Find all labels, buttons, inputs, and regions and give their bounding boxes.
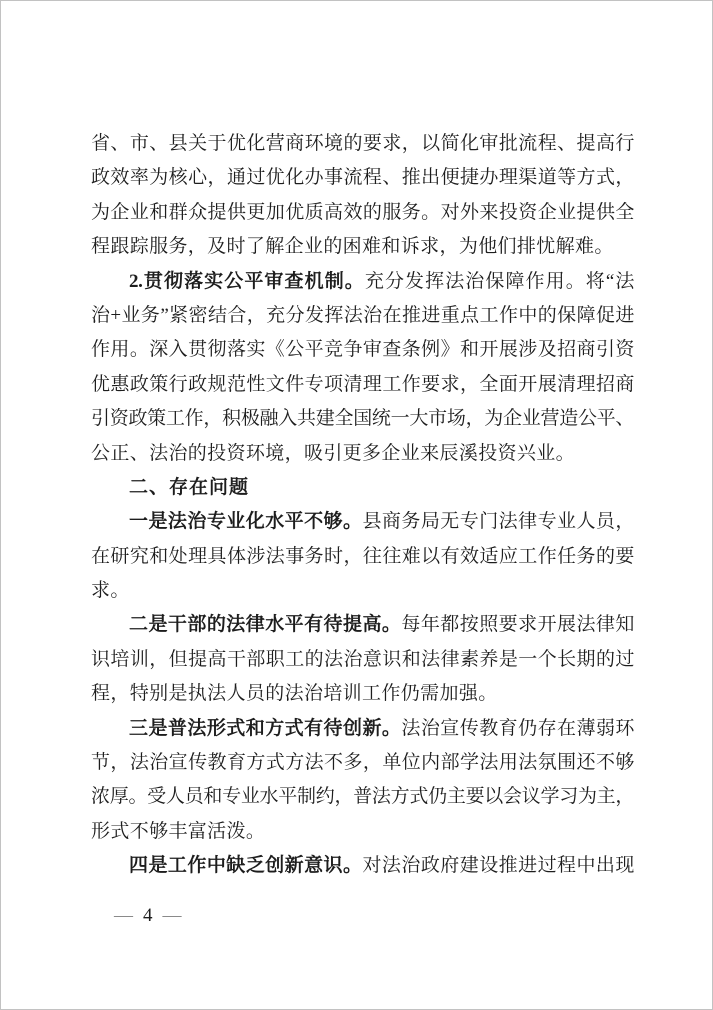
text-line: 二、存在问题 xyxy=(91,471,634,505)
bold-lead-text: 二是干部的法律水平有待提高。 xyxy=(129,614,401,635)
text-line: 引资政策工作，积极融入共建全国统一大市场，为企业营造公平、 xyxy=(91,402,634,436)
bold-lead-text: 2.贯彻落实公平审查机制。 xyxy=(129,271,365,292)
para-problem-3-law-popularization: 三是普法形式和方式有待创新。法治宣传教育仍存在薄弱环节，法治宣传教育方式方法不多… xyxy=(91,712,634,850)
text-line: 浓厚。受人员和专业水平制约，普法方式仍主要以会议学习为主， xyxy=(91,780,634,814)
footer-dash-left: — xyxy=(114,905,133,926)
text-line: 求。 xyxy=(91,574,634,608)
body-text: 为企业和群众提供更加优质高效的服务。对外来投资企业提供全 xyxy=(91,202,634,223)
document-body: 省、市、县关于优化营商环境的要求，以简化审批流程、提高行政效率为核心，通过优化办… xyxy=(91,127,634,884)
bold-lead-text: 一是法治专业化水平不够。 xyxy=(129,511,362,532)
para-problem-4-innovation: 四是工作中缺乏创新意识。对法治政府建设推进过程中出现 xyxy=(91,849,634,883)
body-text: 浓厚。受人员和专业水平制约，普法方式仍主要以会议学习为主， xyxy=(91,786,634,807)
body-text: 省、市、县关于优化营商环境的要求，以简化审批流程、提高行 xyxy=(91,133,634,154)
body-text: 程跟踪服务，及时了解企业的困难和诉求，为他们排忧解难。 xyxy=(91,236,614,257)
page-footer: —4— xyxy=(114,899,182,933)
text-line: 节，法治宣传教育方式方法不多，单位内部学法用法氛围还不够 xyxy=(91,746,634,780)
body-text: 每年都按照要求开展法律知 xyxy=(401,614,634,635)
para-problem-2-cadre-legal-level: 二是干部的法律水平有待提高。每年都按照要求开展法律知识培训，但提高干部职工的法治… xyxy=(91,608,634,711)
body-text: 二、存在问题 xyxy=(129,477,249,498)
body-text: 求。 xyxy=(91,580,130,601)
body-text: 法治宣传教育仍存在薄弱环 xyxy=(401,718,634,739)
body-text: 引资政策工作，积极融入共建全国统一大市场，为企业营造公平、 xyxy=(91,408,634,429)
text-line: 程，特别是执法人员的法治培训工作仍需加强。 xyxy=(91,677,634,711)
body-text: 对法治政府建设推进过程中出现 xyxy=(362,855,634,876)
body-text: 形式不够丰富活泼。 xyxy=(91,821,265,842)
body-text: 充分发挥法治保障作用。将“法 xyxy=(365,271,634,292)
text-line: 在研究和处理具体涉法事务时，往往难以有效适应工作任务的要 xyxy=(91,540,634,574)
para-problem-1-professionalism: 一是法治专业化水平不够。县商务局无专门法律专业人员，在研究和处理具体涉法事务时，… xyxy=(91,505,634,608)
body-text: 程，特别是执法人员的法治培训工作仍需加强。 xyxy=(91,683,498,704)
text-line: 2.贯彻落实公平审查机制。充分发挥法治保障作用。将“法 xyxy=(91,265,634,299)
text-line: 公正、法治的投资环境，吸引更多企业来辰溪投资兴业。 xyxy=(91,437,634,471)
text-line: 三是普法形式和方式有待创新。法治宣传教育仍存在薄弱环 xyxy=(91,712,634,746)
text-line: 为企业和群众提供更加优质高效的服务。对外来投资企业提供全 xyxy=(91,196,634,230)
body-text: 识培训，但提高干部职工的法治意识和法律素养是一个长期的过 xyxy=(91,649,634,670)
text-line: 程跟踪服务，及时了解企业的困难和诉求，为他们排忧解难。 xyxy=(91,230,634,264)
heading-section-2-problems: 二、存在问题 xyxy=(91,471,634,505)
document-page: 省、市、县关于优化营商环境的要求，以简化审批流程、提高行政效率为核心，通过优化办… xyxy=(0,0,713,1010)
text-line: 省、市、县关于优化营商环境的要求，以简化审批流程、提高行 xyxy=(91,127,634,161)
bold-lead-text: 三是普法形式和方式有待创新。 xyxy=(129,718,401,739)
footer-page-number: 4 xyxy=(143,905,153,926)
footer-dash-right: — xyxy=(163,905,182,926)
text-line: 形式不够丰富活泼。 xyxy=(91,815,634,849)
body-text: 公正、法治的投资环境，吸引更多企业来辰溪投资兴业。 xyxy=(91,443,575,464)
body-text: 优惠政策行政规范性文件专项清理工作要求，全面开展清理招商 xyxy=(91,374,634,395)
text-line: 治+业务”紧密结合，充分发挥法治在推进重点工作中的保障促进 xyxy=(91,299,634,333)
text-line: 作用。深入贯彻落实《公平竞争审查条例》和开展涉及招商引资 xyxy=(91,333,634,367)
text-line: 一是法治专业化水平不够。县商务局无专门法律专业人员， xyxy=(91,505,634,539)
bold-lead-text: 四是工作中缺乏创新意识。 xyxy=(129,855,362,876)
text-line: 二是干部的法律水平有待提高。每年都按照要求开展法律知 xyxy=(91,608,634,642)
para-fair-review-mechanism: 2.贯彻落实公平审查机制。充分发挥法治保障作用。将“法治+业务”紧密结合，充分发… xyxy=(91,265,634,471)
body-text: 节，法治宣传教育方式方法不多，单位内部学法用法氛围还不够 xyxy=(91,752,634,773)
body-text: 治+业务”紧密结合，充分发挥法治在推进重点工作中的保障促进 xyxy=(91,305,634,326)
text-line: 优惠政策行政规范性文件专项清理工作要求，全面开展清理招商 xyxy=(91,368,634,402)
body-text: 在研究和处理具体涉法事务时，往往难以有效适应工作任务的要 xyxy=(91,546,634,567)
para-business-environment: 省、市、县关于优化营商环境的要求，以简化审批流程、提高行政效率为核心，通过优化办… xyxy=(91,127,634,265)
body-text: 政效率为核心，通过优化办事流程、推出便捷办理渠道等方式， xyxy=(91,167,634,188)
text-line: 识培训，但提高干部职工的法治意识和法律素养是一个长期的过 xyxy=(91,643,634,677)
body-text: 作用。深入贯彻落实《公平竞争审查条例》和开展涉及招商引资 xyxy=(91,339,634,360)
text-line: 四是工作中缺乏创新意识。对法治政府建设推进过程中出现 xyxy=(91,849,634,883)
body-text: 县商务局无专门法律专业人员， xyxy=(362,511,634,532)
text-line: 政效率为核心，通过优化办事流程、推出便捷办理渠道等方式， xyxy=(91,161,634,195)
